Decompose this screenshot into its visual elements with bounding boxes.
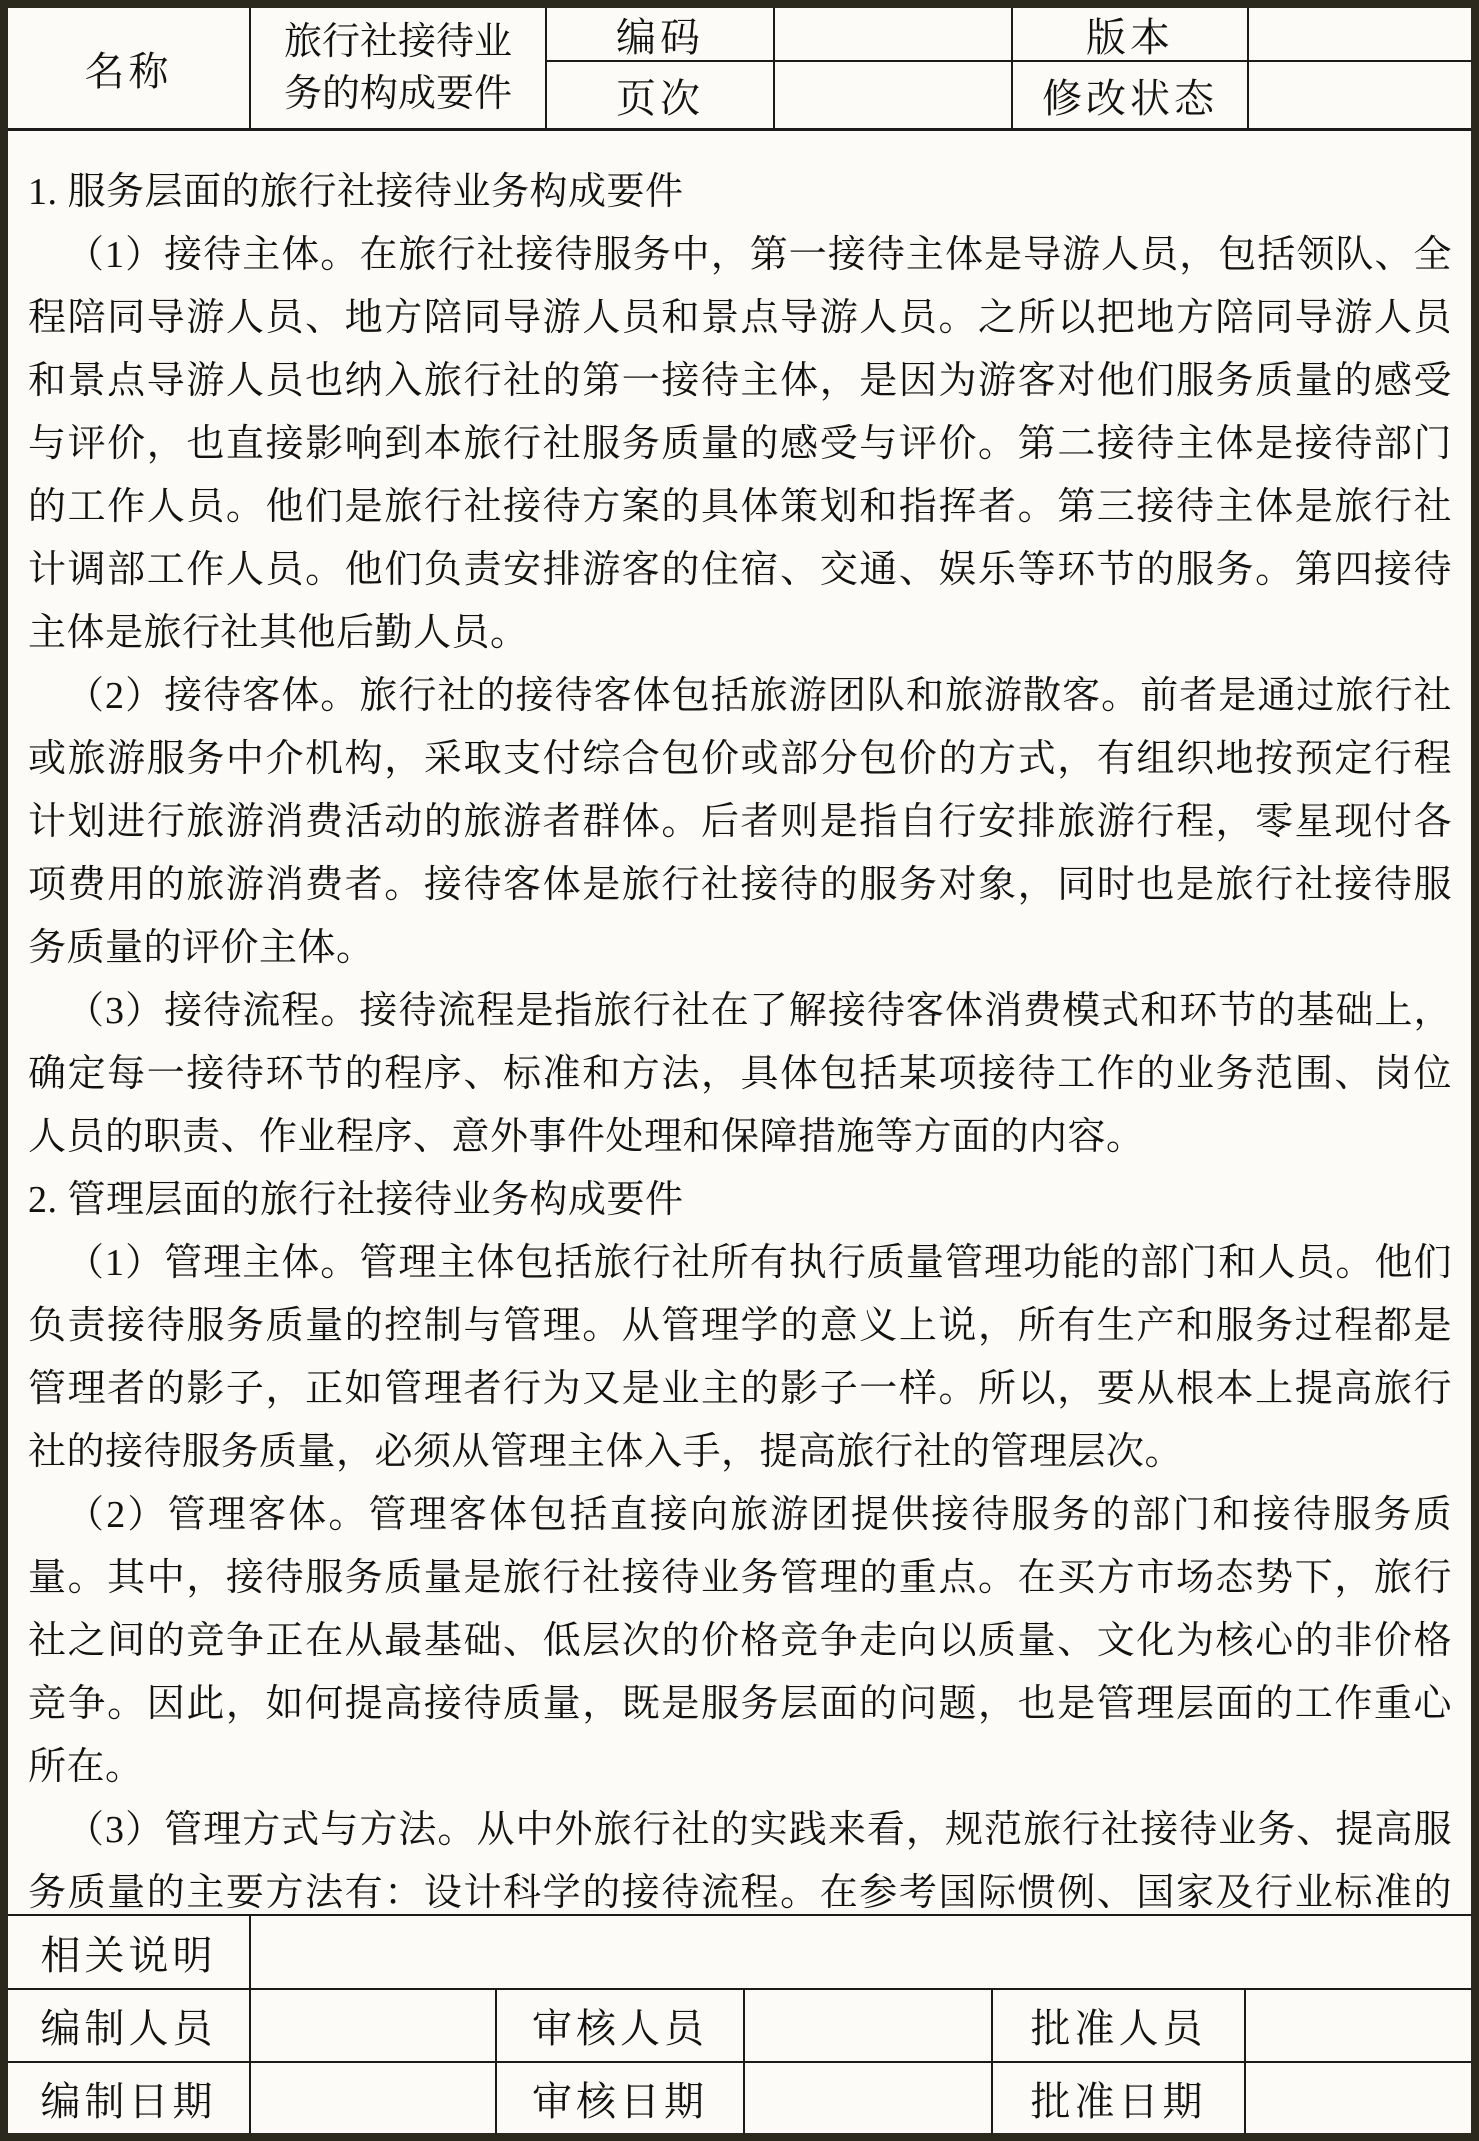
revision-status-value-cell xyxy=(1249,62,1471,128)
prepared-date-label-cell: 编制日期 xyxy=(8,2063,251,2133)
revision-status-label: 修改状态 xyxy=(1042,67,1218,124)
header-table: 名称 旅行社接待业务的构成要件 编码 版本 页次 修改状态 xyxy=(8,8,1471,131)
prepared-by-label-cell: 编制人员 xyxy=(8,1990,251,2061)
version-label: 版本 xyxy=(1086,8,1174,62)
page-value-cell xyxy=(775,62,1013,128)
document-body: 1. 服务层面的旅行社接待业务构成要件 （1）接待主体。在旅行社接待服务中，第一… xyxy=(8,131,1471,1914)
reviewed-by-label: 审核人员 xyxy=(532,1997,708,2054)
body-paragraph: （3）接待流程。接待流程是指旅行社在了解接待客体消费模式和环节的基础上，确定每一… xyxy=(28,980,1452,1169)
approved-date-label: 批准日期 xyxy=(1031,2070,1207,2127)
approved-by-label-cell: 批准人员 xyxy=(993,1990,1246,2061)
approved-by-label: 批准人员 xyxy=(1031,1997,1207,2054)
dates-row: 编制日期 审核日期 批准日期 xyxy=(8,2061,1471,2133)
approved-by-value-cell xyxy=(1246,1990,1471,2061)
related-notes-label: 相关说明 xyxy=(41,1924,217,1981)
name-label-cell: 名称 xyxy=(8,8,251,128)
prepared-date-value-cell xyxy=(251,2063,497,2133)
prepared-by-value-cell xyxy=(251,1990,497,2061)
reviewed-date-value-cell xyxy=(745,2063,993,2133)
body-paragraph: （1）管理主体。管理主体包括旅行社所有执行质量管理功能的部门和人员。他们负责接待… xyxy=(28,1232,1452,1484)
prepared-date-label: 编制日期 xyxy=(41,2070,217,2127)
body-paragraph: （2）接待客体。旅行社的接待客体包括旅游团队和旅游散客。前者是通过旅行社或旅游服… xyxy=(28,665,1452,980)
related-notes-label-cell: 相关说明 xyxy=(8,1916,251,1988)
document-title: 旅行社接待业务的构成要件 xyxy=(280,16,516,120)
personnel-row: 编制人员 审核人员 批准人员 xyxy=(8,1988,1471,2061)
body-heading-2: 2. 管理层面的旅行社接待业务构成要件 xyxy=(28,1169,1452,1232)
version-label-cell: 版本 xyxy=(1013,8,1249,62)
document-title-cell: 旅行社接待业务的构成要件 xyxy=(251,8,547,128)
code-label: 编码 xyxy=(616,8,704,62)
prepared-by-label: 编制人员 xyxy=(41,1997,217,2054)
body-paragraph: （3）管理方式与方法。从中外旅行社的实践来看，规范旅行社接待业务、提高服务质量的… xyxy=(28,1799,1452,1914)
page-label-cell: 页次 xyxy=(547,62,775,128)
approved-date-value-cell xyxy=(1246,2063,1471,2133)
body-heading-1: 1. 服务层面的旅行社接待业务构成要件 xyxy=(28,161,1452,224)
revision-status-label-cell: 修改状态 xyxy=(1013,62,1249,128)
body-paragraph: （2）管理客体。管理客体包括直接向旅游团提供接待服务的部门和接待服务质量。其中，… xyxy=(28,1484,1452,1799)
reviewed-by-value-cell xyxy=(745,1990,993,2061)
reviewed-date-label: 审核日期 xyxy=(532,2070,708,2127)
code-value-cell xyxy=(775,8,1013,62)
name-label: 名称 xyxy=(85,40,173,97)
reviewed-by-label-cell: 审核人员 xyxy=(497,1990,745,2061)
related-notes-row: 相关说明 xyxy=(8,1914,1471,1988)
related-notes-value-cell xyxy=(251,1916,1471,1988)
version-value-cell xyxy=(1249,8,1471,62)
reviewed-date-label-cell: 审核日期 xyxy=(497,2063,745,2133)
approved-date-label-cell: 批准日期 xyxy=(993,2063,1246,2133)
body-paragraph: （1）接待主体。在旅行社接待服务中，第一接待主体是导游人员，包括领队、全程陪同导… xyxy=(28,224,1452,665)
page-label: 页次 xyxy=(616,67,704,124)
code-label-cell: 编码 xyxy=(547,8,775,62)
document-page: 名称 旅行社接待业务的构成要件 编码 版本 页次 修改状态 1 xyxy=(0,0,1479,2141)
